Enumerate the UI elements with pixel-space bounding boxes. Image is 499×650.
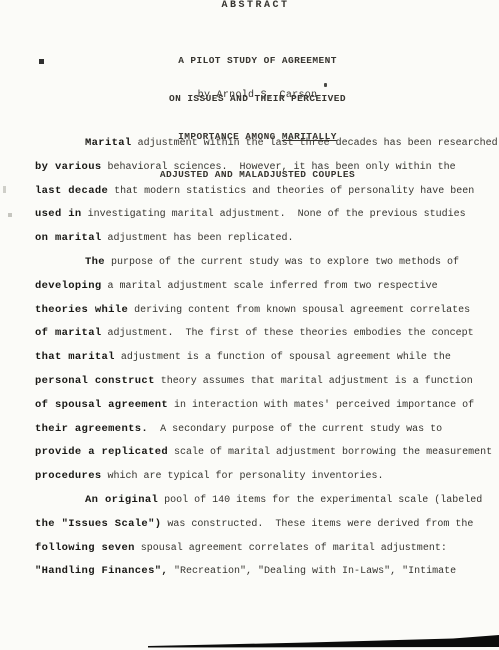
abstract-heading: ABSTRACT [0,0,499,11]
body-line: that marital adjustment is a function of… [35,346,499,370]
line-lead: personal construct [35,375,155,387]
line-lead: the "Issues Scale") [35,518,161,530]
line-rest: in interaction with mates' perceived imp… [168,400,474,411]
title-line-1: A PILOT STUDY OF AGREEMENT [16,55,499,68]
byline: by Arnold S. Carson [0,90,499,101]
body-line: An original pool of 140 items for the ex… [35,489,499,513]
line-rest: adjustment. The first of these theories … [102,328,474,339]
line-lead: used in [35,208,82,220]
scan-artifact-bottom-wedge [148,633,499,649]
body-line: of spousal agreement in interaction with… [35,394,499,418]
line-lead: procedures [35,470,102,482]
body-line: their agreements. A secondary purpose of… [35,418,499,442]
body-line: following seven spousal agreement correl… [35,537,499,561]
line-rest: was constructed. These items were derive… [161,519,473,530]
line-rest: pool of 140 items for the experimental s… [158,495,482,506]
line-lead: provide a replicated [35,446,168,458]
body-line: used in investigating marital adjustment… [35,203,499,227]
line-rest: deriving content from known spousal agre… [128,305,470,316]
line-lead: The [85,256,105,268]
line-rest: spousal agreement correlates of marital … [135,543,447,554]
line-lead: last decade [35,185,108,197]
line-lead: their agreements. [35,423,148,435]
body-line: procedures which are typical for persona… [35,465,499,489]
body-line: Marital adjustment within the last three… [35,132,499,156]
line-rest: A secondary purpose of the current study… [148,424,442,435]
body-line: of marital adjustment. The first of thes… [35,322,499,346]
line-lead: following seven [35,542,135,554]
line-rest: which are typical for personality invent… [102,471,384,482]
body-line: the "Issues Scale") was constructed. The… [35,513,499,537]
body-line: The purpose of the current study was to … [35,251,499,275]
line-rest: scale of marital adjustment borrowing th… [168,447,492,458]
line-rest: behavioral sciences. However, it has bee… [102,162,456,173]
line-lead: that marital [35,351,115,363]
line-lead: by various [35,161,102,173]
scan-artifact-speck [8,213,12,217]
line-rest: adjustment has been replicated. [102,233,294,244]
body-line: "Handling Finances", "Recreation", "Deal… [35,560,499,584]
line-lead: of spousal agreement [35,399,168,411]
line-rest: "Recreation", "Dealing with In-Laws", "I… [168,566,456,577]
body-line: last decade that modern statistics and t… [35,180,499,204]
line-rest: theory assumes that marital adjustment i… [155,376,473,387]
line-rest: purpose of the current study was to expl… [105,257,459,268]
line-lead: on marital [35,232,102,244]
body-line: provide a replicated scale of marital ad… [35,441,499,465]
line-lead: Marital [85,137,132,149]
body-line: developing a marital adjustment scale in… [35,275,499,299]
line-rest: investigating marital adjustment. None o… [82,209,466,220]
line-rest: a marital adjustment scale inferred from… [102,281,438,292]
body-line: personal construct theory assumes that m… [35,370,499,394]
line-lead: of marital [35,327,102,339]
abstract-body: Marital adjustment within the last three… [35,132,499,584]
line-rest: that modern statistics and theories of p… [108,186,474,197]
line-lead: developing [35,280,102,292]
body-line: by various behavioral sciences. However,… [35,156,499,180]
body-line: on marital adjustment has been replicate… [35,227,499,251]
line-lead: An original [85,494,158,506]
scan-artifact-mark [324,83,327,87]
line-rest: adjustment is a function of spousal agre… [115,352,451,363]
line-lead: "Handling Finances", [35,565,168,577]
line-rest: adjustment within the last three decades… [132,138,498,149]
scanned-abstract-page: ABSTRACT A PILOT STUDY OF AGREEMENT ON I… [0,0,499,650]
body-line: theories while deriving content from kno… [35,299,499,323]
line-lead: theories while [35,304,128,316]
